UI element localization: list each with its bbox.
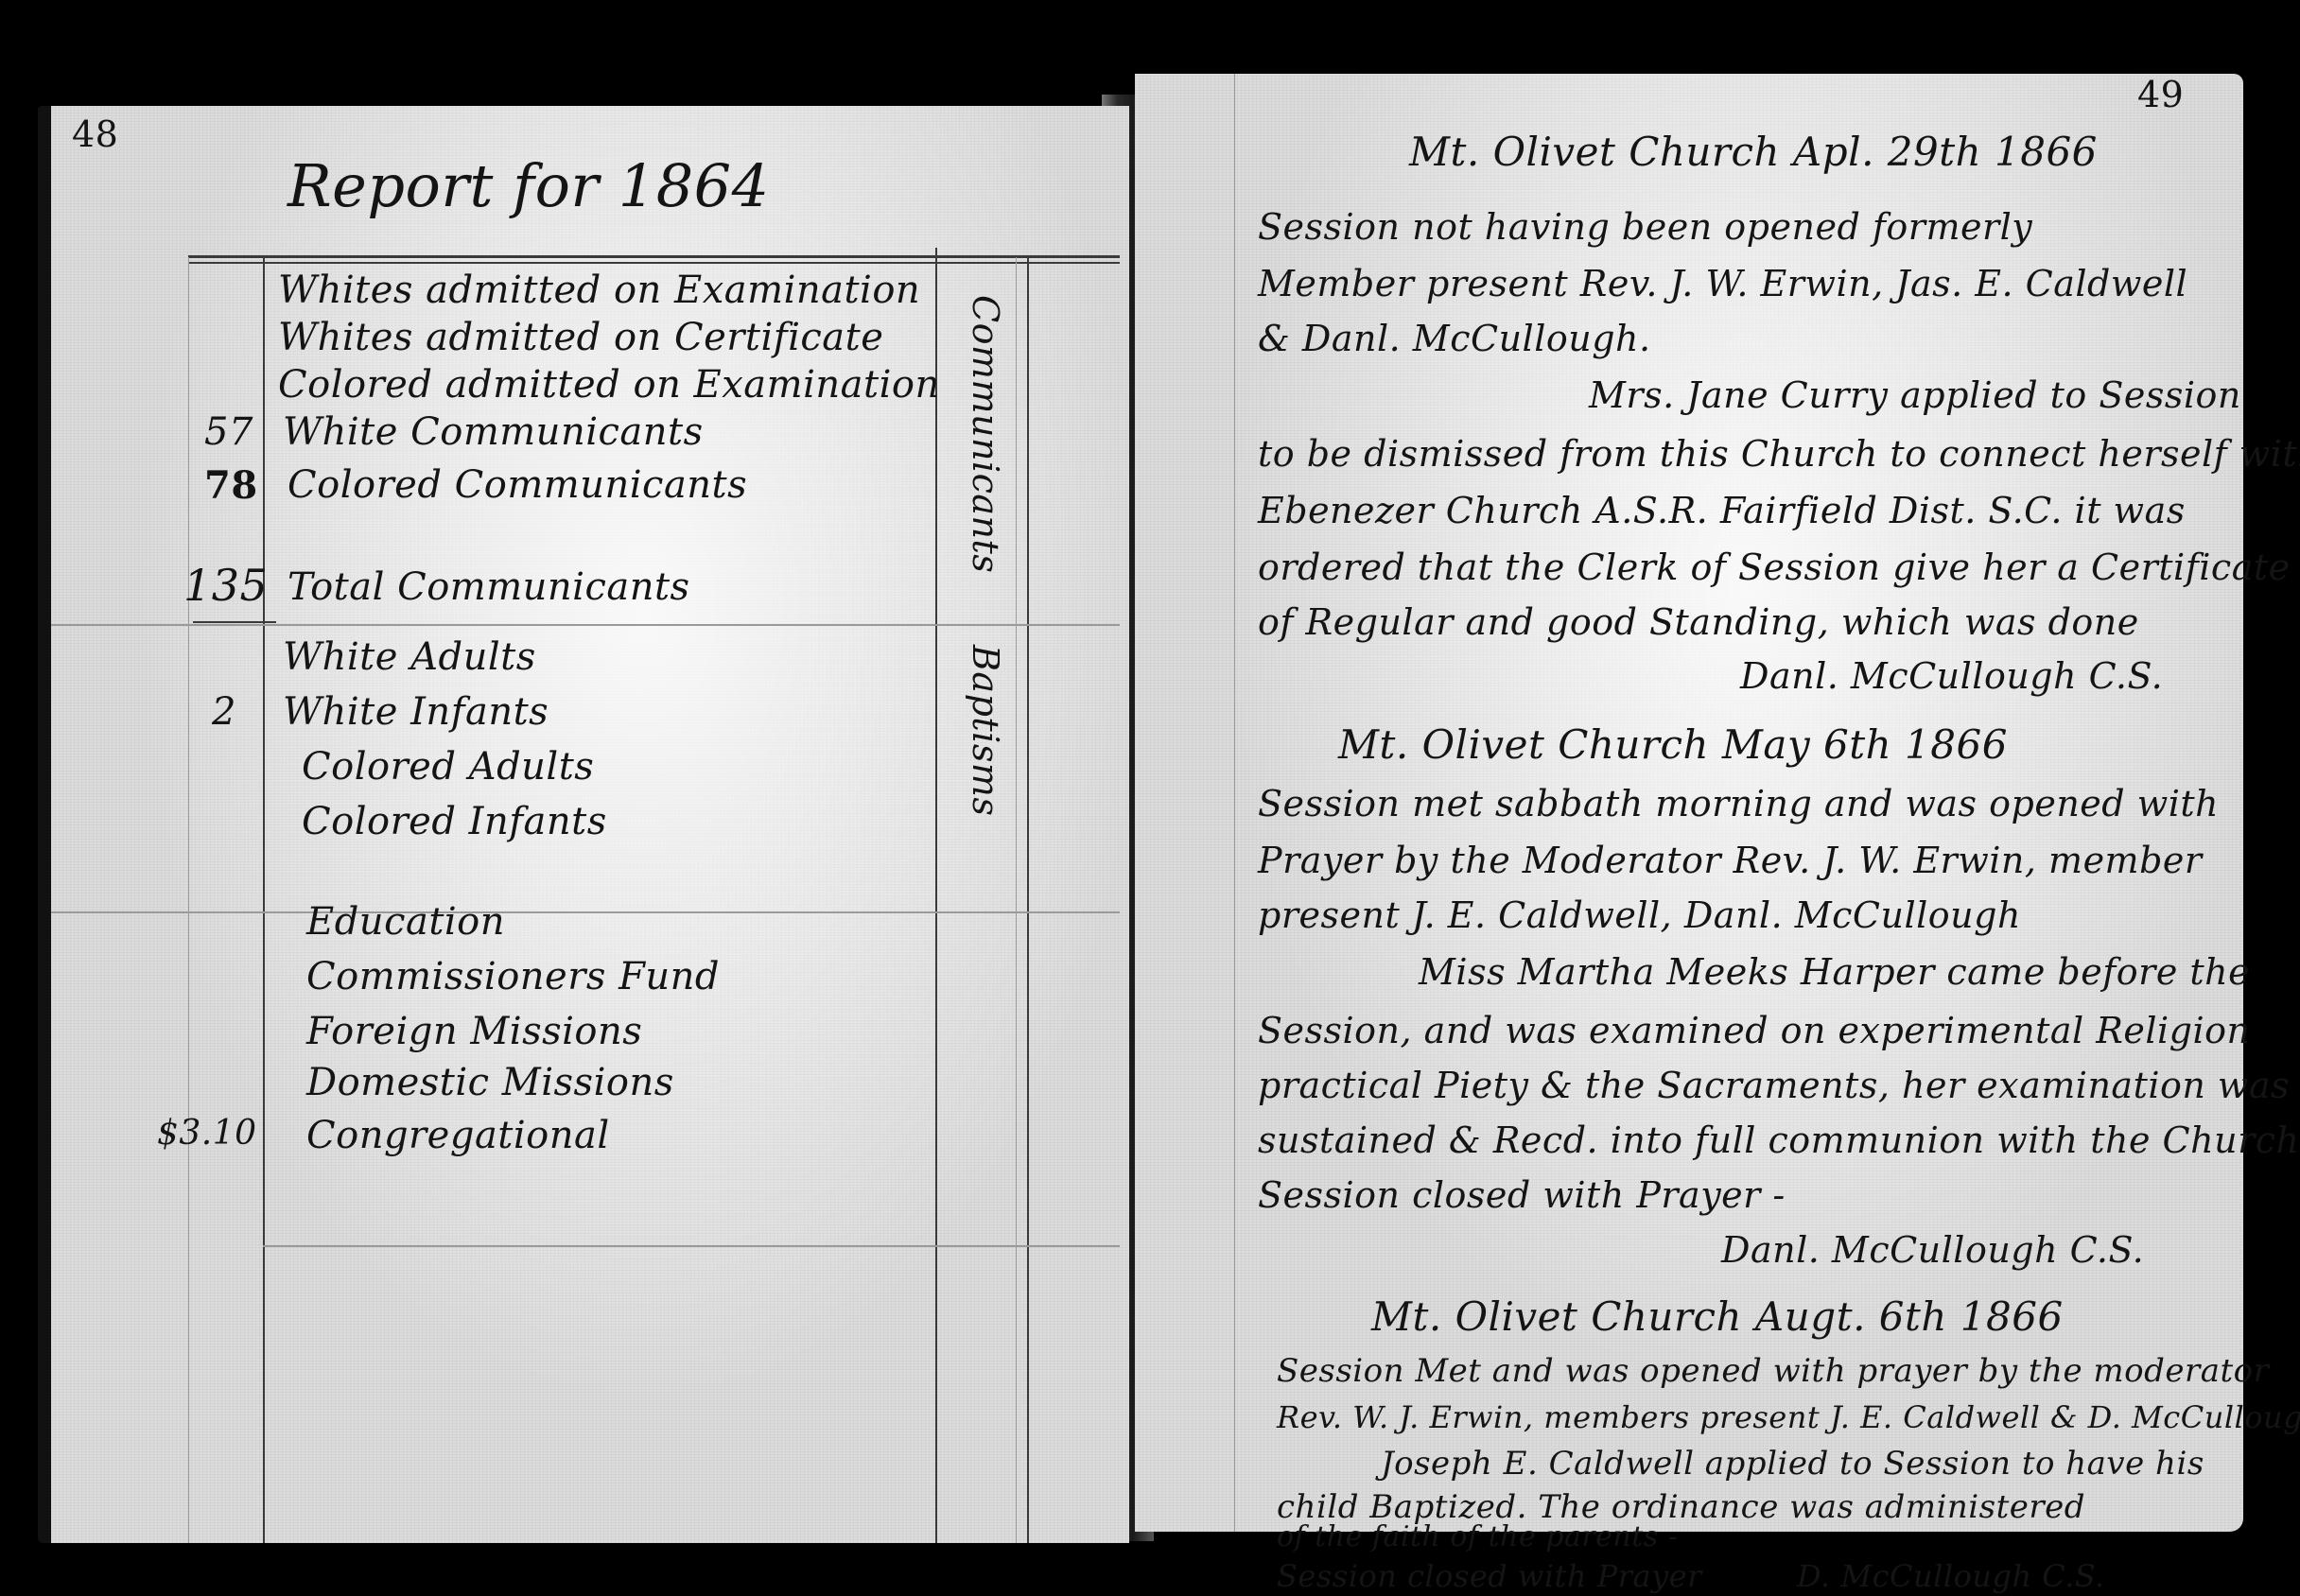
row-label: Domestic Missions: [306, 1061, 674, 1104]
row-value: 57: [204, 410, 253, 454]
entry-heading: Mt. Olivet Church Augt. 6th 1866: [1371, 1293, 2064, 1340]
entry-line: Member present Rev. J. W. Erwin, Jas. E.…: [1258, 263, 2187, 304]
entry-line: & Danl. McCullough.: [1258, 318, 1651, 359]
header-rule-double: [188, 262, 1120, 264]
entry-line: to be dismissed from this Church to conn…: [1258, 433, 2300, 475]
row-label: Commissioners Fund: [306, 955, 720, 998]
entry-line: ordered that the Clerk of Session give h…: [1258, 546, 2291, 588]
total-value: 135: [183, 560, 268, 611]
entry-line: Session not having been opened formerly: [1258, 206, 2032, 248]
row-label: Congregational: [306, 1114, 610, 1157]
page-number-left: 48: [72, 113, 118, 155]
right-page: 49 Mt. Olivet Church Apl. 29th 1866 Sess…: [1135, 74, 2243, 1532]
section-rule-2: [51, 911, 1120, 913]
entry-heading: Mt. Olivet Church May 6th 1866: [1338, 721, 2008, 768]
section-heading-baptisms: Baptisms: [965, 645, 1006, 816]
entry-line: practical Piety & the Sacraments, her ex…: [1258, 1065, 2290, 1106]
page-title: Report for 1864: [287, 151, 770, 220]
entry-line: Session, and was examined on experimenta…: [1258, 1010, 2250, 1051]
entry-line: of Regular and good Standing, which was …: [1258, 601, 2139, 643]
margin-line-1: [188, 257, 189, 1543]
entry-line: Session closed with Prayer -: [1258, 1174, 1786, 1216]
entry-signature: Danl. McCullough C.S.: [1740, 655, 2163, 697]
entry-heading: Mt. Olivet Church Apl. 29th 1866: [1409, 129, 2098, 175]
row-label: Colored admitted on Examination: [278, 363, 940, 407]
row-label: Education: [306, 900, 505, 944]
row-label: White Communicants: [283, 410, 704, 454]
entry-line: sustained & Recd. into full communion wi…: [1258, 1119, 2299, 1161]
margin-line-2: [263, 257, 265, 1543]
row-label: Whites admitted on Certificate: [278, 316, 883, 359]
section-rule-1: [51, 624, 1120, 626]
entry-line: Session Met and was opened with prayer b…: [1277, 1352, 2269, 1390]
entry-signature: Danl. McCullough C.S.: [1721, 1229, 2144, 1271]
entry-line: Mrs. Jane Curry applied to Session: [1589, 374, 2241, 416]
row-label: Colored Adults: [302, 745, 594, 789]
entry-line: Miss Martha Meeks Harper came before the: [1419, 951, 2250, 993]
row-value: 78: [204, 463, 258, 508]
column-line-3: [1027, 257, 1029, 1543]
entry-line: Session closed with Prayer: [1277, 1558, 1702, 1594]
section-rule-3: [263, 1245, 1120, 1247]
sum-underline: [193, 621, 276, 623]
row-label: Foreign Missions: [306, 1010, 642, 1053]
entry-line: of the faith of the parents -: [1277, 1520, 1678, 1553]
entry-line: Prayer by the Moderator Rev. J. W. Erwin…: [1258, 840, 2203, 881]
entry-line: Joseph E. Caldwell applied to Session to…: [1381, 1445, 2204, 1483]
left-page: 48 Report for 1864 Communicants Baptisms…: [38, 106, 1129, 1543]
entry-line: Rev. W. J. Erwin, members present J. E. …: [1277, 1399, 2300, 1435]
row-label: White Infants: [283, 690, 549, 734]
row-label: Colored Infants: [302, 800, 607, 843]
entry-signature: D. McCullough C.S.: [1797, 1558, 2105, 1594]
entry-line: Ebenezer Church A.S.R. Fairfield Dist. S…: [1258, 490, 2186, 531]
row-value: $3.10: [157, 1114, 257, 1153]
column-line-1: [935, 248, 937, 1543]
page-number-right: 49: [2137, 74, 2184, 115]
row-label: White Adults: [283, 635, 536, 679]
section-heading-communicants: Communicants: [965, 295, 1006, 573]
header-rule: [188, 255, 1120, 258]
entry-line: present J. E. Caldwell, Danl. McCullough: [1258, 894, 2021, 936]
row-label: Whites admitted on Examination: [278, 269, 920, 312]
row-label: Total Communicants: [287, 565, 690, 609]
column-line-2: [1016, 257, 1017, 1543]
row-value: 2: [212, 690, 236, 734]
row-label: Colored Communicants: [287, 463, 747, 507]
entry-line: Session met sabbath morning and was open…: [1258, 783, 2219, 824]
margin-line: [1234, 74, 1235, 1532]
